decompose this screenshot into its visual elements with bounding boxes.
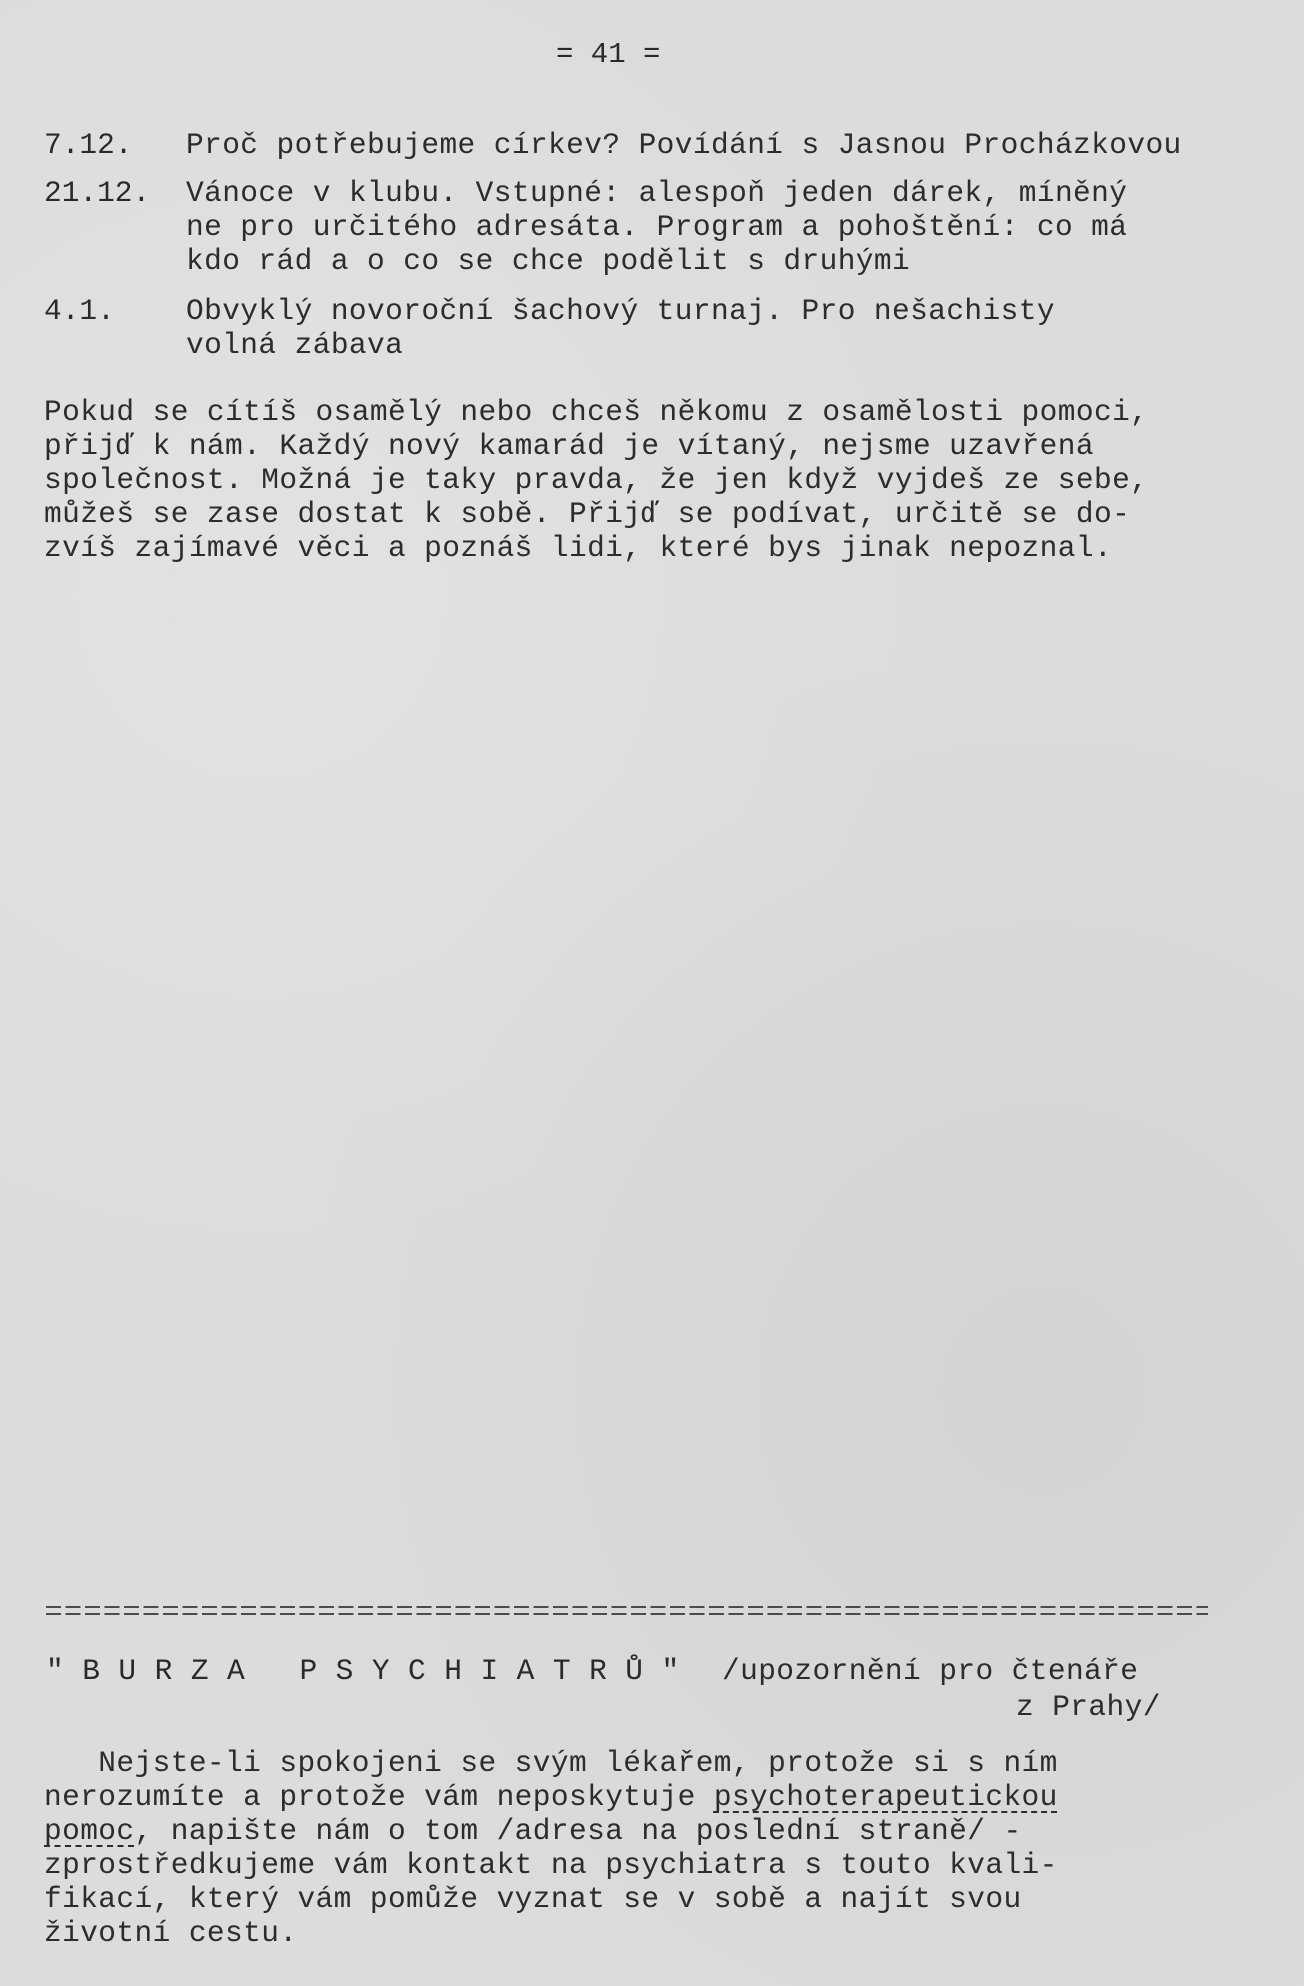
notice-subtitle: /upozornění pro čtenáře [722,1654,1138,1688]
event-date: 4.1. [44,294,115,328]
notice-subtitle: z Prahy/ [1016,1690,1161,1724]
event-description: volná zábava [186,328,403,362]
event-date: 21.12. [44,176,150,210]
invitation-line: zvíš zajímavé věci a poznáš lidi, které … [44,531,1112,565]
invitation-line: Pokud se cítíš osamělý nebo chceš někomu… [44,395,1148,429]
event-date: 7.12. [44,128,133,162]
typewritten-page: = 41 = 7.12. Proč potřebujeme církev? Po… [0,0,1304,1986]
event-description: ne pro určitého adresáta. Program a poho… [186,210,1127,244]
notice-body-line: fikací, který vám pomůže vyznat se v sob… [44,1882,1022,1916]
invitation-line: přijď k nám. Každý nový kamarád je vítan… [44,429,1094,463]
notice-body-line: pomoc, napište nám o tom /adresa na posl… [44,1814,1022,1848]
notice-body-line: zprostředkujeme vám kontakt na psychiatr… [44,1848,1058,1882]
event-description: Vánoce v klubu. Vstupné: alespoň jeden d… [186,176,1127,210]
notice-body-text: , napište nám o tom /adresa na poslední … [135,1814,1022,1848]
event-description: Obvyklý novoroční šachový turnaj. Pro ne… [186,294,1055,328]
event-description: kdo rád a o co se chce podělit s druhými [186,244,910,278]
notice-body-text: nerozumíte a protože vám neposkytuje [44,1780,714,1814]
underlined-term: pomoc [44,1814,135,1848]
page-number: = 41 = [556,38,660,71]
underlined-term: psychoterapeutickou [714,1780,1058,1814]
double-dash-separator [46,1606,1208,1618]
event-description: Proč potřebujeme církev? Povídání s Jasn… [186,128,1182,162]
invitation-line: společnost. Možná je taky pravda, že jen… [44,463,1148,497]
notice-body-line: nerozumíte a protože vám neposkytuje psy… [44,1780,1058,1814]
notice-body-line: životní cestu. [44,1916,297,1950]
notice-body-line: Nejste-li spokojeni se svým lékařem, pro… [44,1746,1058,1780]
notice-title: " B U R Z A P S Y C H I A T R Ů " [46,1654,680,1688]
invitation-line: můžeš se zase dostat k sobě. Přijď se po… [44,497,1130,531]
